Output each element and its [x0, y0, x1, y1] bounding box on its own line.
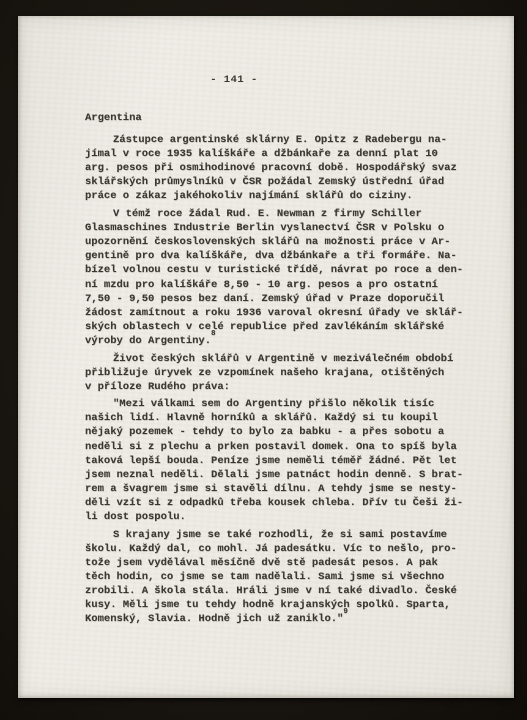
paragraph-text: Zástupce argentinské sklárny E. Opitz z … — [85, 134, 457, 202]
paragraph-2: V témž roce žádal Rud. E. Newman z firmy… — [85, 207, 485, 348]
document-page: - 141 - Argentina Zástupce argentinské s… — [18, 16, 514, 698]
paragraph-1: Zástupce argentinské sklárny E. Opitz z … — [85, 133, 485, 203]
page-number: - 141 - — [18, 74, 450, 86]
paragraph-4: "Mezi válkami sem do Argentiny přišlo ně… — [85, 397, 485, 524]
paragraph-text: "Mezi válkami sem do Argentiny přišlo ně… — [85, 398, 463, 523]
footnote-marker-8: 8 — [211, 330, 216, 338]
paragraph-text: S krajany jsme se také rozhodli, že si s… — [85, 529, 457, 626]
footnote-marker-9: 9 — [343, 608, 348, 616]
scan-background: - 141 - Argentina Zástupce argentinské s… — [0, 0, 527, 720]
paragraph-text: V témž roce žádal Rud. E. Newman z firmy… — [85, 208, 463, 347]
document-text-block: Argentina Zástupce argentinské sklárny E… — [85, 111, 485, 626]
paragraph-5: S krajany jsme se také rozhodli, že si s… — [85, 528, 485, 627]
paragraph-3: Život českých sklářů v Argentině v meziv… — [85, 352, 485, 394]
section-heading: Argentina — [85, 111, 485, 125]
paragraph-text: Život českých sklářů v Argentině v meziv… — [85, 353, 453, 393]
